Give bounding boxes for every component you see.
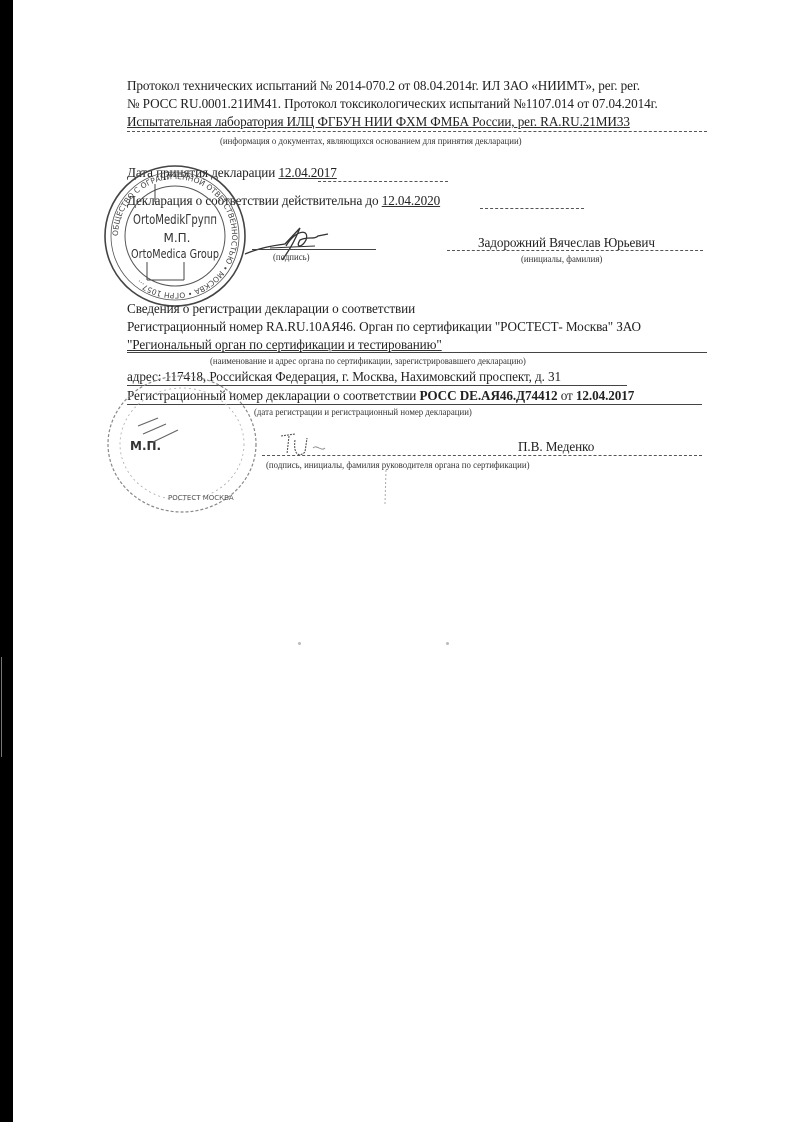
head-signature <box>265 430 345 485</box>
registration-caption-1: (наименование и адрес органа по сертифик… <box>210 356 526 367</box>
svg-text:РОСТЕСТ МОСКВА: РОСТЕСТ МОСКВА <box>168 494 234 502</box>
head-name: П.В. Меденко <box>518 439 594 455</box>
applicant-signature-line <box>252 249 376 250</box>
certification-seal-icon: М.П. РОСТЕСТ МОСКВА <box>98 368 276 518</box>
registration-number-from: от <box>561 388 573 403</box>
applicant-name: Задорожний Вячеслав Юрьевич <box>478 235 655 251</box>
head-signature-line <box>262 455 702 456</box>
applicant-signature <box>240 218 380 273</box>
validity-date-rule <box>480 208 584 209</box>
scan-border-strip <box>0 0 13 1122</box>
protocol-underline <box>127 131 707 132</box>
applicant-name-line <box>447 250 703 251</box>
svg-text:OrtoMedikГрупп: OrtoMedikГрупп <box>133 213 217 228</box>
registration-number-value: РОСС DE.АЯ46.Д74412 <box>419 388 557 403</box>
svg-text:М.П.: М.П. <box>163 231 190 245</box>
registration-caption-3: (подпись, инициалы, фамилия руководителя… <box>266 460 530 471</box>
scan-speck <box>298 642 301 645</box>
svg-text:М.П.: М.П. <box>130 439 161 453</box>
protocol-line-1: Протокол технических испытаний № 2014-07… <box>127 78 640 94</box>
acceptance-date-value: 12.04.2017 <box>278 165 336 180</box>
protocol-line-3: Испытательная лаборатория ИЛЦ ФГБУН НИИ … <box>127 114 630 130</box>
registration-date-value: 12.04.2017 <box>576 388 634 403</box>
validity-date-value: 12.04.2020 <box>382 193 440 208</box>
acceptance-date-rule <box>318 181 448 182</box>
svg-text:OrtoMedica Group: OrtoMedica Group <box>131 246 219 261</box>
applicant-name-caption: (инициалы, фамилия) <box>521 254 602 265</box>
certification-body-stamp: М.П. РОСТЕСТ МОСКВА <box>98 368 276 518</box>
registration-heading: Сведения о регистрации декларации о соот… <box>127 301 415 317</box>
applicant-company-stamp: ОБЩЕСТВО С ОГРАНИЧЕННОЙ ОТВЕТСТВЕННОСТЬЮ… <box>100 162 250 310</box>
applicant-signature-caption: (подпись) <box>273 252 310 263</box>
company-seal-icon: ОБЩЕСТВО С ОГРАНИЧЕННОЙ ОТВЕТСТВЕННОСТЬЮ… <box>100 162 250 310</box>
registration-line-1: Регистрационный номер RA.RU.10АЯ46. Орга… <box>127 319 641 335</box>
stray-line-icon <box>382 470 390 504</box>
scan-artifact-line <box>1 657 2 757</box>
registration-underline <box>127 352 707 353</box>
stray-mark <box>382 470 390 509</box>
handwritten-signature-icon <box>240 218 380 268</box>
registration-caption-2: (дата регистрации и регистрационный номе… <box>254 407 472 418</box>
registration-line-2: "Региональный орган по сертификации и те… <box>127 337 442 353</box>
scan-speck <box>446 642 449 645</box>
protocol-caption: (информация о документах, являющихся осн… <box>220 136 522 147</box>
protocol-line-2: № РОСС RU.0001.21ИМ41. Протокол токсикол… <box>127 96 658 112</box>
